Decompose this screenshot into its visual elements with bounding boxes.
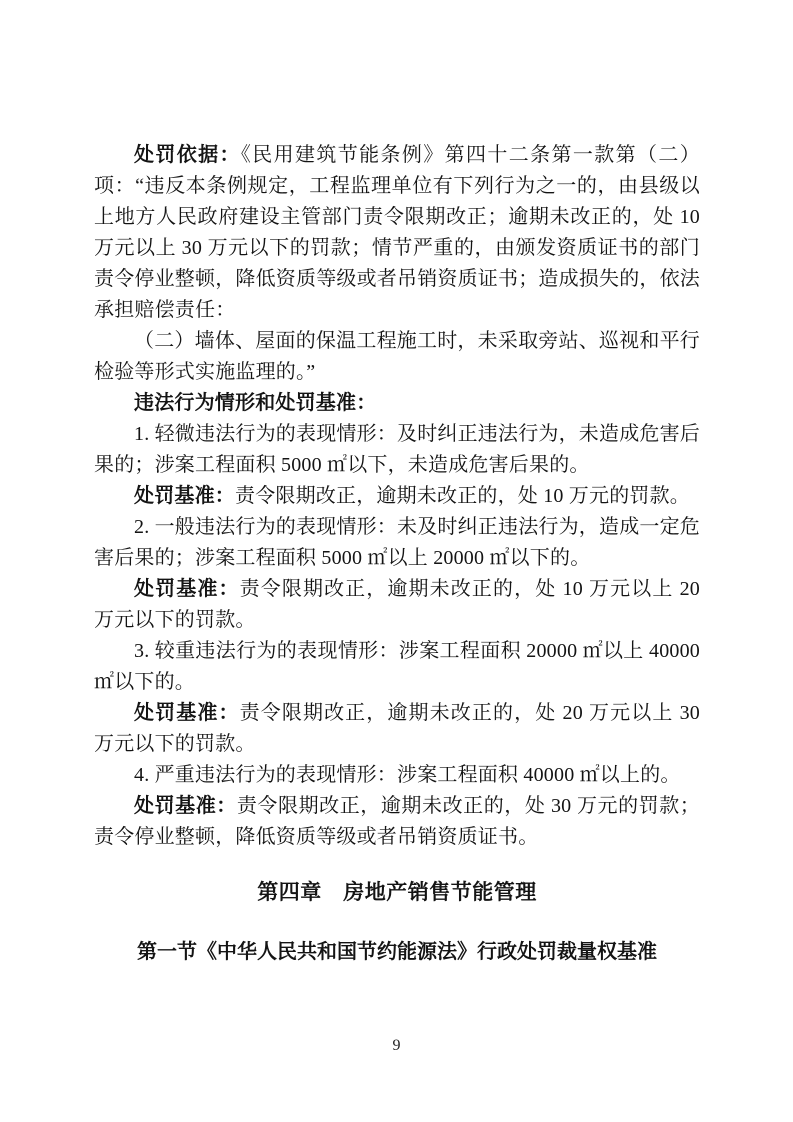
page-number: 9 bbox=[0, 1036, 793, 1056]
section-heading: 第一节《中华人民共和国节约能源法》行政处罚裁量权基准 bbox=[94, 937, 700, 968]
paragraph-text: 责令限期改正，逾期未改正的，处 10 万元的罚款。 bbox=[235, 485, 690, 507]
paragraph-lead: 处罚基准： bbox=[134, 485, 235, 507]
paragraph: 3. 较重违法行为的表现情形：涉案工程面积 20000 ㎡以上 40000 ㎡以… bbox=[94, 636, 700, 698]
paragraph-text: 2. 一般违法行为的表现情形：未及时纠正违法行为，造成一定危害后果的；涉案工程面… bbox=[94, 516, 700, 569]
paragraph: 处罚基准：责令限期改正，逾期未改正的，处 10 万元以上 20 万元以下的罚款。 bbox=[94, 574, 700, 636]
paragraph: 处罚基准：责令限期改正，逾期未改正的，处 20 万元以上 30 万元以下的罚款。 bbox=[94, 698, 700, 760]
paragraph-lead: 处罚基准： bbox=[134, 578, 240, 600]
chapter-heading: 第四章 房地产销售节能管理 bbox=[94, 877, 700, 909]
document-body: 处罚依据：《民用建筑节能条例》第四十二条第一款第（二）项：“违反本条例规定，工程… bbox=[94, 140, 700, 968]
paragraph-text: 《民用建筑节能条例》第四十二条第一款第（二）项：“违反本条例规定，工程监理单位有… bbox=[94, 144, 700, 321]
paragraph-lead: 处罚基准： bbox=[134, 702, 240, 724]
paragraph: 处罚依据：《民用建筑节能条例》第四十二条第一款第（二）项：“违反本条例规定，工程… bbox=[94, 140, 700, 326]
paragraph-lead: 违法行为情形和处罚基准： bbox=[134, 392, 376, 414]
document-page: 处罚依据：《民用建筑节能条例》第四十二条第一款第（二）项：“违反本条例规定，工程… bbox=[0, 0, 793, 1122]
paragraph: 2. 一般违法行为的表现情形：未及时纠正违法行为，造成一定危害后果的；涉案工程面… bbox=[94, 512, 700, 574]
paragraph-list: 处罚依据：《民用建筑节能条例》第四十二条第一款第（二）项：“违反本条例规定，工程… bbox=[94, 140, 700, 853]
paragraph-text: 1. 轻微违法行为的表现情形：及时纠正违法行为，未造成危害后果的；涉案工程面积 … bbox=[94, 423, 700, 476]
paragraph: 4. 严重违法行为的表现情形：涉案工程面积 40000 ㎡以上的。 bbox=[94, 760, 700, 791]
paragraph: 违法行为情形和处罚基准： bbox=[94, 388, 700, 419]
paragraph: 1. 轻微违法行为的表现情形：及时纠正违法行为，未造成危害后果的；涉案工程面积 … bbox=[94, 419, 700, 481]
paragraph-lead: 处罚依据： bbox=[134, 144, 241, 166]
paragraph: （二）墙体、屋面的保温工程施工时，未采取旁站、巡视和平行检验等形式实施监理的。” bbox=[94, 326, 700, 388]
paragraph-text: （二）墙体、屋面的保温工程施工时，未采取旁站、巡视和平行检验等形式实施监理的。” bbox=[94, 330, 700, 383]
paragraph-text: 4. 严重违法行为的表现情形：涉案工程面积 40000 ㎡以上的。 bbox=[134, 764, 681, 786]
paragraph: 处罚基准：责令限期改正，逾期未改正的，处 30 万元的罚款；责令停业整顿，降低资… bbox=[94, 791, 700, 853]
paragraph: 处罚基准：责令限期改正，逾期未改正的，处 10 万元的罚款。 bbox=[94, 481, 700, 512]
paragraph-text: 3. 较重违法行为的表现情形：涉案工程面积 20000 ㎡以上 40000 ㎡以… bbox=[94, 640, 700, 693]
paragraph-lead: 处罚基准： bbox=[134, 795, 237, 817]
